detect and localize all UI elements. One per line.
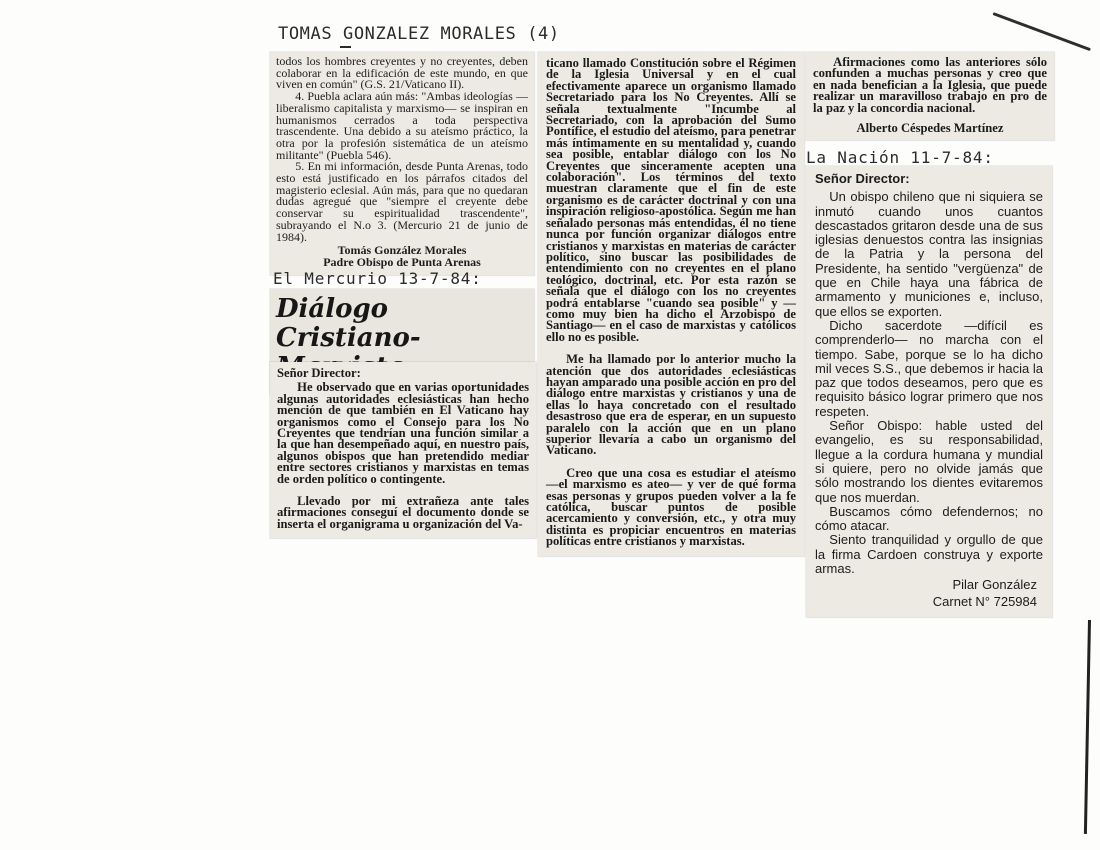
underline-mark xyxy=(340,46,351,48)
letter-paragraph: Afirmaciones como las anteriores sólo co… xyxy=(813,57,1047,114)
letter-paragraph: Siento tranquilidad y orgullo de que la … xyxy=(815,533,1043,576)
letter-salutation: Señor Director: xyxy=(277,368,529,379)
clipping-paragraph: 5. En mi información, desde Punta Arenas… xyxy=(276,161,528,243)
page-edge-line xyxy=(1084,620,1091,834)
letter-paragraph: Me ha llamado por lo anterior mucho la a… xyxy=(546,354,796,457)
letter-paragraph: Un obispo chileno que ni siquiera se inm… xyxy=(815,190,1043,319)
clipping-mercurio-letter-continued: ticano llamado Constitución sobre el Rég… xyxy=(538,52,804,556)
source-label-la-nacion: La Nación 11-7-84: xyxy=(806,148,994,167)
signature-name: Alberto Céspedes Martínez xyxy=(813,123,1047,134)
letter-paragraph: ticano llamado Constitución sobre el Rég… xyxy=(546,58,796,343)
signature-id: Carnet N° 725984 xyxy=(815,595,1043,609)
letter-salutation: Señor Director: xyxy=(815,172,1043,186)
clipping-mercurio-prev-text: todos los hombres creyentes y no creyent… xyxy=(270,52,534,275)
scanned-document-page: TOMAS GONZALEZ MORALES (4) todos los hom… xyxy=(0,0,1100,850)
letter-paragraph: Dicho sacerdote —difícil es comprenderlo… xyxy=(815,319,1043,419)
letter-paragraph: Llevado por mi extrañeza ante tales afir… xyxy=(277,496,529,530)
clipping-paragraph: todos los hombres creyentes y no creyent… xyxy=(276,56,528,91)
signature-title: Padre Obispo de Punta Arenas xyxy=(276,257,528,269)
letter-paragraph: Buscamos cómo defendernos; no cómo ataca… xyxy=(815,505,1043,534)
page-title: TOMAS GONZALEZ MORALES (4) xyxy=(278,24,560,44)
clipping-paragraph: 4. Puebla aclara aún más: "Ambas ideolog… xyxy=(276,91,528,161)
clipping-nacion-letter: Señor Director: Un obispo chileno que ni… xyxy=(806,166,1052,617)
clipping-cespedes-closing: Afirmaciones como las anteriores sólo co… xyxy=(806,52,1054,140)
letter-paragraph: Señor Obispo: hable usted del evangelio,… xyxy=(815,419,1043,505)
headline-line1: Diálogo xyxy=(276,295,528,324)
letter-paragraph: Creo que una cosa es estudiar el ateísmo… xyxy=(546,468,796,548)
pen-stroke-top-right xyxy=(992,12,1091,51)
letter-paragraph: He observado que en varias oportunidades… xyxy=(277,382,529,485)
source-label-el-mercurio: El Mercurio 13-7-84: xyxy=(273,269,482,288)
clipping-mercurio-letter: Señor Director: He observado que en vari… xyxy=(270,362,536,538)
signature-name: Pilar González xyxy=(815,578,1043,592)
